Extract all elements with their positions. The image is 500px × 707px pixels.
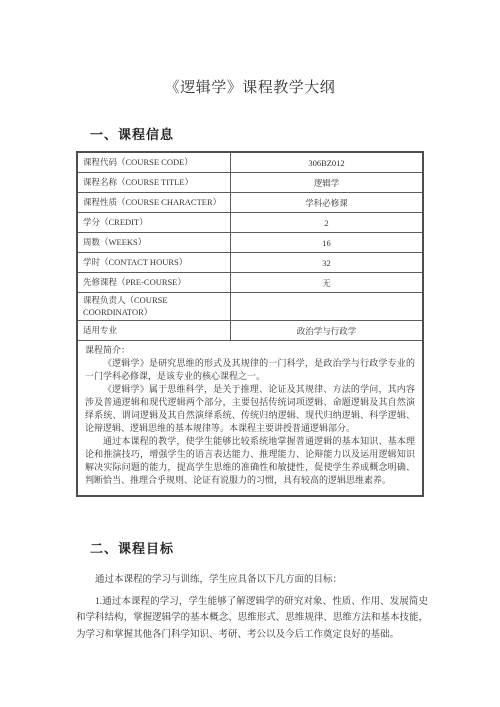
- course-intro-paragraph-3: 通过本课程的教学，使学生能够比较系统地掌握普通逻辑的基本知识、基本理论和推演技巧…: [85, 435, 415, 487]
- course-intro-paragraph-2: 《逻辑学》属于思维科学，是关于推理、论证及其规律、方法的学问，其内容涉及普通逻辑…: [85, 383, 415, 435]
- credit-value: 2: [231, 213, 422, 232]
- course-title-label: 课程名称（COURSE TITLE）: [78, 173, 231, 192]
- weeks-value: 16: [231, 233, 422, 252]
- applicable-major-label: 适用专业: [78, 321, 231, 340]
- contact-hours-label: 学时（CONTACT HOURS）: [78, 253, 231, 272]
- objectives-paragraph-1: 通过本课程的学习与训练，学生应具备以下几方面的目标：: [76, 572, 428, 589]
- course-character-label: 课程性质（COURSE CHARACTER）: [78, 193, 231, 212]
- table-row-pre-course: 先修课程（PRE-COURSE） 无: [78, 273, 422, 293]
- table-row-applicable-major: 适用专业 政治学与行政学: [78, 321, 422, 341]
- course-info-table: 课程代码（COURSE CODE） 306BZ012 课程名称（COURSE T…: [76, 151, 424, 497]
- course-code-value: 306BZ012: [231, 153, 422, 172]
- contact-hours-value: 32: [231, 253, 422, 272]
- applicable-major-value: 政治学与行政学: [231, 321, 422, 340]
- course-coordinator-label: 课程负责人（COURSE COORDINATOR）: [78, 293, 231, 320]
- table-row-course-character: 课程性质（COURSE CHARACTER） 学科必修课: [78, 193, 422, 213]
- section-1-heading: 一、课程信息: [90, 124, 500, 143]
- course-intro-paragraph-1: 《逻辑学》是研究思维的形式及其规律的一门科学，是政治学与行政学专业的一门学科必修…: [85, 357, 415, 383]
- objectives-paragraph-2: 1.通过本课程的学习，学生能够了解逻辑学的研究对象、性质、作用、发展简史和学科结…: [76, 594, 428, 644]
- pre-course-label: 先修课程（PRE-COURSE）: [78, 273, 231, 292]
- course-character-value: 学科必修课: [231, 193, 422, 212]
- table-row-weeks: 周数（WEEKS） 16: [78, 233, 422, 253]
- course-intro-cell: 课程简介： 《逻辑学》是研究思维的形式及其规律的一门科学，是政治学与行政学专业的…: [78, 341, 422, 495]
- credit-label: 学分（CREDIT）: [78, 213, 231, 232]
- section-2-heading: 二、课程目标: [90, 538, 500, 557]
- course-objectives-body: 通过本课程的学习与训练，学生应具备以下几方面的目标： 1.通过本课程的学习，学生…: [76, 572, 428, 643]
- pre-course-value: 无: [231, 273, 422, 292]
- page-title: 《逻辑学》课程教学大纲: [0, 76, 500, 97]
- table-row-course-coordinator: 课程负责人（COURSE COORDINATOR）: [78, 293, 422, 321]
- table-row-credit: 学分（CREDIT） 2: [78, 213, 422, 233]
- course-code-label: 课程代码（COURSE CODE）: [78, 153, 231, 172]
- table-row-course-code: 课程代码（COURSE CODE） 306BZ012: [78, 153, 422, 173]
- course-title-value: 逻辑学: [231, 173, 422, 192]
- document-page: 《逻辑学》课程教学大纲 一、课程信息 课程代码（COURSE CODE） 306…: [0, 0, 500, 707]
- course-intro-label: 课程简介：: [85, 344, 415, 357]
- weeks-label: 周数（WEEKS）: [78, 233, 231, 252]
- table-row-contact-hours: 学时（CONTACT HOURS） 32: [78, 253, 422, 273]
- table-row-course-title: 课程名称（COURSE TITLE） 逻辑学: [78, 173, 422, 193]
- course-coordinator-value: [231, 293, 422, 320]
